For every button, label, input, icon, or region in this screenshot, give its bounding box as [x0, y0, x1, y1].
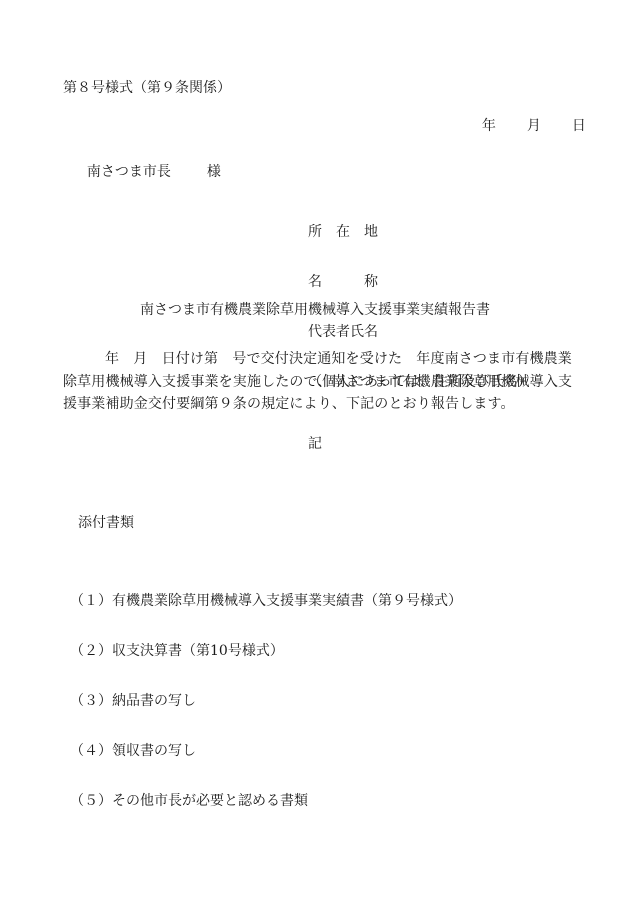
addressee-name: 南さつま市長	[87, 164, 171, 180]
date-month-label: 月	[527, 119, 541, 133]
ki-heading: 記	[0, 437, 630, 451]
date-day-label: 日	[572, 119, 586, 133]
attachment-item: （４）領収書の写し	[70, 740, 462, 762]
body-text: 年 月 日付け第 号で交付決定通知を受けた 年度南さつま市有機農業除草用機械導入…	[63, 351, 572, 412]
name-label: 名 称	[308, 271, 532, 293]
attachments-section: 添付書類 （１）有機農業除草用機械導入支援事業実績書（第９号様式） （２）収支決…	[78, 484, 462, 854]
attachment-item: （５）その他市長が必要と認める書類	[70, 790, 462, 812]
addressee: 南さつま市長様	[78, 151, 221, 179]
attachment-item: （３）納品書の写し	[70, 690, 462, 712]
date-line: 年月日	[473, 105, 586, 133]
body-paragraph: 年 月 日付け第 号で交付決定通知を受けた 年度南さつま市有機農業除草用機械導入…	[63, 348, 583, 416]
attachments-list: （１）有機農業除草用機械導入支援事業実績書（第９号様式） （２）収支決算書（第1…	[78, 562, 462, 840]
date-year-label: 年	[482, 119, 496, 133]
attachment-item: （１）有機農業除草用機械導入支援事業実績書（第９号様式）	[70, 590, 462, 612]
address-label: 所 在 地	[308, 221, 532, 243]
document-title: 南さつま市有機農業除草用機械導入支援事業実績報告書	[0, 303, 630, 317]
representative-label: 代表者氏名	[308, 321, 532, 343]
attachments-heading: 添付書類	[78, 512, 462, 534]
addressee-honorific: 様	[207, 164, 221, 180]
form-number: 第８号様式（第９条関係）	[63, 81, 231, 95]
attachment-item: （２）収支決算書（第10号様式）	[70, 640, 462, 662]
